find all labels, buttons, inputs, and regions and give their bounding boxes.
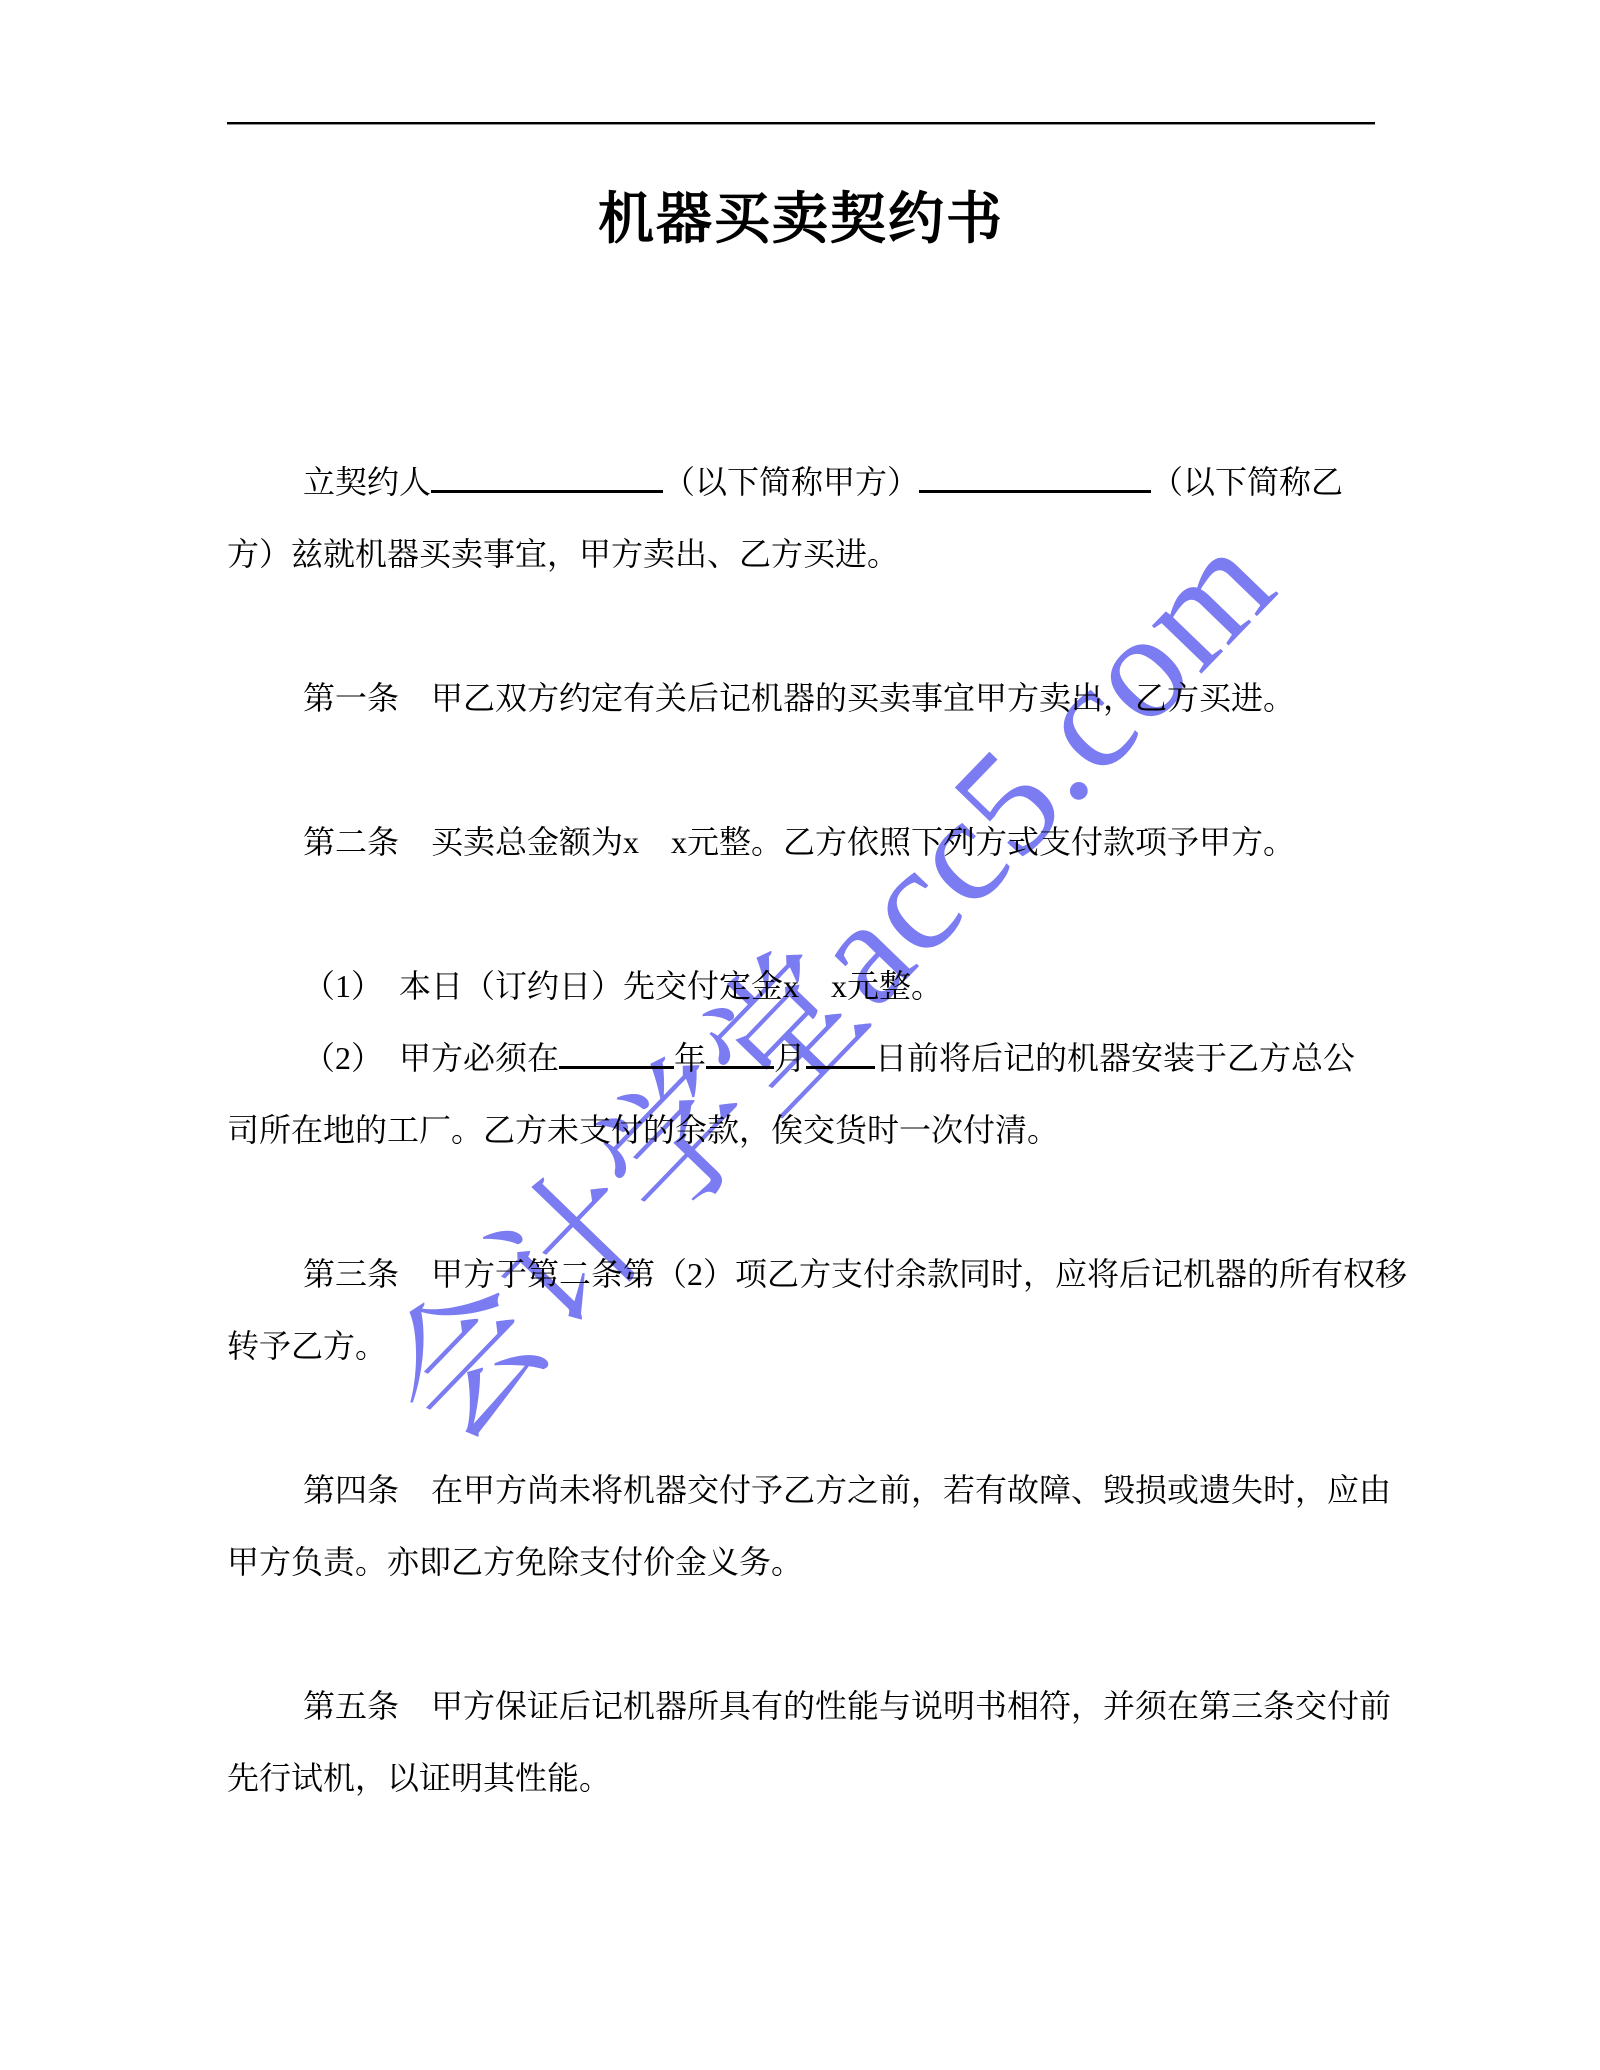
header-rule [227, 122, 1375, 125]
fill-in-blank-line[interactable] [706, 1037, 774, 1069]
paragraph-payment-item-2: （2） 甲方必须在年月日前将后记的机器安装于乙方总公司所在地的工厂。乙方未支付的… [227, 1022, 1375, 1166]
text-run: 第一条 甲乙双方约定有关后记机器的买卖事宜甲方卖出，乙方买进。 [303, 680, 1295, 716]
text-run: 方）兹就机器买卖事宜，甲方卖出、乙方买进。 [227, 536, 899, 572]
text-run: 年 [674, 1040, 706, 1076]
text-run: 月 [774, 1040, 806, 1076]
paragraph-article-4: 第四条 在甲方尚未将机器交付予乙方之前，若有故障、毁损或遗失时，应由甲方负责。亦… [227, 1454, 1375, 1598]
paragraph-article-1: 第一条 甲乙双方约定有关后记机器的买卖事宜甲方卖出，乙方买进。 [227, 662, 1375, 734]
text-run: 甲方负责。亦即乙方免除支付价金义务。 [227, 1544, 803, 1580]
text-run: 第四条 在甲方尚未将机器交付予乙方之前，若有故障、毁损或遗失时，应由 [303, 1472, 1391, 1508]
fill-in-blank-line[interactable] [806, 1037, 875, 1069]
page: { "header": { "title": "机器买卖契约书" }, "wat… [0, 0, 1600, 2070]
text-run: 日前将后记的机器安装于乙方总公 [875, 1040, 1355, 1076]
paragraph-article-5: 第五条 甲方保证后记机器所具有的性能与说明书相符，并须在第三条交付前先行试机，以… [227, 1670, 1375, 1814]
contract-sheet: 机器买卖契约书 立契约人（以下简称甲方）（以下简称乙方）兹就机器买卖事宜，甲方卖… [0, 0, 1600, 2070]
text-run: （2） 甲方必须在 [303, 1040, 559, 1076]
text-run: 转予乙方。 [227, 1328, 387, 1364]
text-run: （以下简称乙 [1151, 464, 1343, 500]
text-run: 第五条 甲方保证后记机器所具有的性能与说明书相符，并须在第三条交付前 [303, 1688, 1391, 1724]
text-run: 先行试机，以证明其性能。 [227, 1760, 611, 1796]
text-run: 立契约人 [303, 464, 431, 500]
paragraph-payment-item-1: （1） 本日（订约日）先交付定金x x元整。 [227, 950, 1375, 1022]
paragraph-article-3: 第三条 甲方于第二条第（2）项乙方支付余款同时，应将后记机器的所有权移转予乙方。 [227, 1238, 1375, 1382]
document-title: 机器买卖契约书 [227, 184, 1375, 254]
fill-in-blank-line[interactable] [431, 461, 663, 493]
fill-in-blank-line[interactable] [559, 1037, 674, 1069]
text-run: 第二条 买卖总金额为x x元整。乙方依照下列方式支付款项予甲方。 [303, 824, 1295, 860]
document-body: 立契约人（以下简称甲方）（以下简称乙方）兹就机器买卖事宜，甲方卖出、乙方买进。第… [227, 446, 1375, 1814]
text-run: （以下简称甲方） [663, 464, 919, 500]
text-run: 第三条 甲方于第二条第（2）项乙方支付余款同时，应将后记机器的所有权移 [303, 1256, 1407, 1292]
fill-in-blank-line[interactable] [919, 461, 1151, 493]
paragraph-preamble: 立契约人（以下简称甲方）（以下简称乙方）兹就机器买卖事宜，甲方卖出、乙方买进。 [227, 446, 1375, 590]
text-run: （1） 本日（订约日）先交付定金x x元整。 [303, 968, 943, 1004]
paragraph-article-2: 第二条 买卖总金额为x x元整。乙方依照下列方式支付款项予甲方。 [227, 806, 1375, 878]
text-run: 司所在地的工厂。乙方未支付的余款，俟交货时一次付清。 [227, 1112, 1059, 1148]
